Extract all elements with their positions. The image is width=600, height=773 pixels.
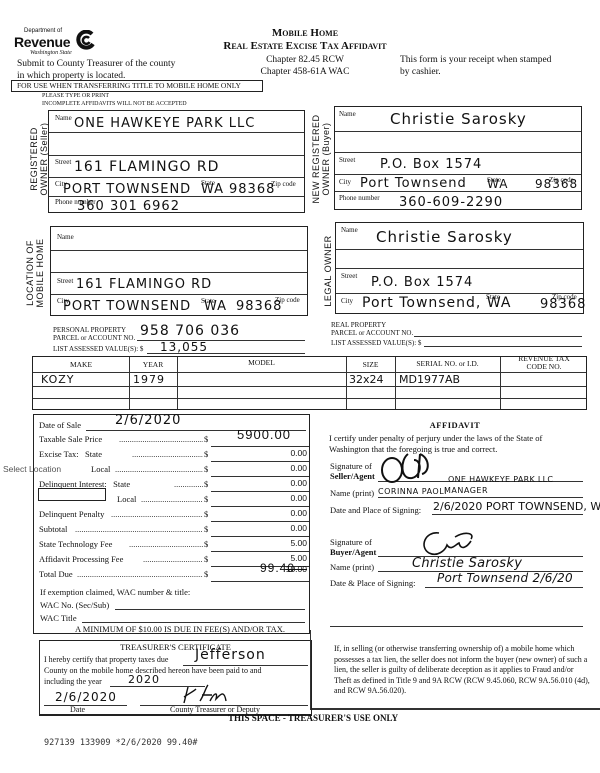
currency-symbol: $: [204, 494, 208, 504]
fee-label: Delinquent Penalty: [39, 509, 104, 519]
fee-label: Taxable Sale Price: [39, 434, 102, 444]
col-size: SIZE: [346, 360, 395, 369]
logo-sub-text: Washington State: [30, 50, 72, 56]
fee-label: Excise Tax: State: [39, 449, 102, 459]
currency-symbol: $: [204, 479, 208, 489]
seller-name-label: Name: [55, 114, 72, 122]
col-year: YEAR: [129, 360, 177, 369]
col-model: MODEL: [177, 358, 346, 367]
delinquent-interest-local-field[interactable]: 0.00: [290, 493, 307, 503]
wac-no-label: WAC No. (Sec/Sub): [40, 600, 109, 610]
seller-name-note-1: ONE HAWKEYE PARK LLC: [448, 475, 553, 484]
buyer-box: Name Christie Sarosky Street P.O. Box 15…: [334, 106, 582, 210]
vehicle-table: MAKE YEAR MODEL SIZE SERIAL NO. or I.D. …: [32, 356, 587, 410]
fee-label: Delinquent Interest: State: [39, 479, 130, 489]
treasurer-date-field[interactable]: 2/6/2020: [55, 690, 117, 704]
buyer-sig-label-2: Buyer/Agent: [330, 547, 376, 557]
seller-name-field[interactable]: ONE HAWKEYE PARK LLC: [74, 116, 255, 131]
treasurer-title: TREASURER'S CERTIFICATE: [40, 642, 311, 652]
make-cell[interactable]: KOZY: [41, 373, 75, 386]
delinquent-interest-state-field[interactable]: 0.00: [290, 478, 307, 488]
use-notice-text: FOR USE WHEN TRANSFERRING TITLE TO MOBIL…: [17, 81, 241, 90]
wac-title-field[interactable]: [82, 622, 305, 623]
seller-zip-field[interactable]: 98368: [229, 182, 275, 197]
legal-owner-label: LEGAL OWNER: [323, 231, 333, 311]
date-of-sale-label: Date of Sale: [39, 420, 81, 430]
real-parcel-label-2: PARCEL or ACCOUNT NO.: [331, 329, 413, 337]
location-section-label: LOCATION OF MOBILE HOME: [25, 233, 47, 313]
fee-row-delinquent-interest-state: Delinquent Interest: State .............…: [39, 477, 309, 492]
serial-cell[interactable]: MD1977AB: [399, 373, 460, 386]
total-due-field[interactable]: 99.40: [260, 561, 295, 575]
currency-symbol: $: [204, 449, 208, 459]
buyer-zip-field[interactable]: 98368: [535, 177, 578, 191]
fee-label: Subtotal: [39, 524, 67, 534]
tax-lien-warning: If, in selling (or otherwise transferrin…: [334, 644, 590, 697]
location-street-field[interactable]: 161 FLAMINGO RD: [76, 277, 212, 292]
seller-phone-field[interactable]: 360 301 6962: [77, 199, 180, 214]
buyer-date-field[interactable]: Port Townsend 2/6/20: [437, 571, 573, 585]
currency-symbol: $: [204, 464, 208, 474]
form-title-line-1: Mobile Home: [200, 27, 410, 39]
buyer-state-field[interactable]: WA: [487, 177, 508, 191]
treasurer-signature-field[interactable]: [180, 683, 235, 707]
seller-signature-field[interactable]: [378, 450, 438, 484]
buyer-date-label: Date & Place of Signing:: [330, 578, 415, 588]
location-zip-field[interactable]: 98368: [236, 299, 282, 314]
seller-name-note-2: MANAGER: [444, 486, 488, 495]
currency-symbol: $: [204, 524, 208, 534]
minimum-notice-visible: A MINIMUM OF $10.00 IS DUE IN FEE(S) AND…: [50, 624, 310, 634]
seller-sig-label-1: Signature of: [330, 461, 372, 471]
use-notice-box: FOR USE WHEN TRANSFERRING TITLE TO MOBIL…: [11, 80, 263, 92]
seller-label-line-1: REGISTERED: [29, 119, 39, 199]
receipt-stamp: 927139 133909 *2/6/2020 99.40#: [44, 738, 198, 748]
submit-line-1: Submit to County Treasurer of the county: [17, 59, 175, 69]
taxable-sale-price-field[interactable]: 5900.00: [237, 427, 291, 442]
legal-name-label: Name: [341, 226, 358, 234]
fee-label: Affidavit Processing Fee: [39, 554, 123, 564]
personal-parcel-field[interactable]: 958 706 036: [140, 323, 240, 339]
seller-name-print-field[interactable]: CORINNA PAOLI: [378, 487, 447, 496]
fee-row-state-technology-fee: State Technology Fee ...................…: [39, 537, 309, 552]
personal-parcel-label-1: PERSONAL PROPERTY: [53, 326, 126, 334]
personal-assessed-label: LIST ASSESSED VALUE(S): $: [53, 345, 143, 353]
treasurer-date-label: Date: [70, 705, 85, 714]
treasurer-certificate-box: TREASURER'S CERTIFICATE I hereby certify…: [39, 640, 312, 716]
location-city-field[interactable]: PORT TOWNSEND: [63, 299, 191, 314]
personal-assessed-field[interactable]: 13,055: [160, 340, 208, 354]
col-make: MAKE: [33, 360, 129, 369]
buyer-section-label: NEW REGISTERED OWNER (Buyer): [311, 114, 333, 204]
buyer-city-label: City: [339, 178, 351, 186]
chapter-rcw: Chapter 82.45 RCW: [200, 55, 410, 65]
buyer-sig-label-1: Signature of: [330, 537, 372, 547]
col-serial: SERIAL NO. or I.D.: [395, 359, 500, 368]
buyer-phone-field[interactable]: 360-609-2290: [399, 195, 503, 210]
treasurer-county-field[interactable]: Jefferson: [195, 647, 266, 663]
fee-label: State Technology Fee: [39, 539, 112, 549]
fee-row-subtotal: Subtotal ...............................…: [39, 522, 309, 537]
treasurer-year-field[interactable]: 2020: [128, 673, 160, 686]
type-notice: PLEASE TYPE OR PRINT: [42, 93, 109, 99]
buyer-label-line-2: OWNER (Buyer): [321, 114, 331, 204]
legal-state-label: State: [486, 293, 500, 301]
fee-row-delinquent-penalty: Delinquent Penalty .....................…: [39, 507, 309, 522]
receipt-note-1: This form is your receipt when stamped: [400, 55, 551, 65]
exemption-label: If exemption claimed, WAC number & title…: [40, 587, 190, 597]
dor-swirl-logo-icon: [76, 30, 96, 50]
dor-logo: Department of Revenue Washington State: [14, 28, 94, 58]
subtotal-field[interactable]: 0.00: [290, 523, 307, 533]
fee-label: Total Due: [39, 569, 73, 579]
location-state-field[interactable]: WA: [204, 299, 227, 314]
affidavit-title: AFFIDAVIT: [380, 420, 530, 430]
col-tax-code: REVENUE TAX CODE NO.: [500, 355, 588, 371]
location-name-field[interactable]: [91, 232, 291, 248]
excise-local-field[interactable]: 0.00: [290, 463, 307, 473]
treasurer-line-3: including the year: [44, 677, 102, 686]
buyer-name-label: Name: [339, 110, 356, 118]
logo-main-text: Revenue: [14, 34, 70, 50]
legal-street-label: Street: [341, 272, 357, 280]
real-assessed-label: LIST ASSESSED VALUE(S): $: [331, 339, 421, 347]
legal-street-field[interactable]: P.O. Box 1574: [371, 275, 473, 290]
form-title-line-2: Real Estate Excise Tax Affidavit: [190, 40, 420, 52]
location-label-line-2: MOBILE HOME: [35, 233, 45, 313]
currency-symbol: $: [204, 434, 208, 444]
size-cell[interactable]: 32x24: [349, 373, 384, 386]
seller-name-print-label: Name (print): [330, 488, 374, 498]
receipt-note-2: by cashier.: [400, 67, 441, 77]
fee-row-excise-local: Local ..................................…: [39, 462, 309, 477]
currency-symbol: $: [204, 554, 208, 564]
seller-sig-label-2: Seller/Agent: [330, 471, 375, 481]
buyer-phone-label: Phone number: [339, 194, 380, 202]
wac-title-label: WAC Title: [40, 613, 77, 623]
real-parcel-label-1: REAL PROPERTY: [331, 321, 386, 329]
affidavit-statement-1: I certify under penalty of perjury under…: [329, 433, 542, 443]
location-box: Name Street 161 FLAMINGO RD City PORT TO…: [50, 226, 308, 316]
legal-owner-box: Name Christie Sarosky Street P.O. Box 15…: [335, 222, 584, 314]
real-assessed-field[interactable]: [424, 346, 582, 347]
seller-state-field[interactable]: WA: [201, 182, 224, 197]
seller-street-field[interactable]: 161 FLAMINGO RD: [74, 159, 219, 175]
legal-city-label: City: [341, 297, 353, 305]
seller-street-label: Street: [55, 158, 71, 166]
fee-row-total-due: Total Due ..............................…: [39, 567, 309, 582]
col-tax-code-line-2: CODE NO.: [500, 363, 588, 371]
chapter-wac: Chapter 458-61A WAC: [200, 67, 410, 77]
seller-date-field[interactable]: 2/6/2020 PORT TOWNSEND, WA: [433, 500, 600, 513]
fee-label: Local: [117, 494, 136, 504]
incomplete-notice: INCOMPLETE AFFIDAVITS WILL NOT BE ACCEPT…: [42, 101, 187, 107]
buyer-street-label: Street: [339, 156, 355, 164]
buyer-label-line-1: NEW REGISTERED: [311, 114, 321, 204]
state-technology-fee-field[interactable]: 5.00: [290, 538, 307, 548]
excise-state-field[interactable]: 0.00: [290, 448, 307, 458]
currency-symbol: $: [204, 569, 208, 579]
legal-owner-section-label: LEGAL OWNER: [323, 231, 335, 311]
buyer-city-field[interactable]: Port Townsend: [360, 176, 467, 191]
delinquent-penalty-field[interactable]: 0.00: [290, 508, 307, 518]
location-name-label: Name: [57, 233, 74, 241]
location-label-line-1: LOCATION OF: [25, 233, 35, 313]
buyer-name-field[interactable]: Christie Sarosky: [390, 110, 527, 128]
real-parcel-field[interactable]: [414, 336, 582, 337]
seller-city-field[interactable]: PORT TOWNSEND: [63, 182, 191, 197]
year-cell[interactable]: 1979: [133, 373, 165, 386]
fee-row-delinquent-interest-local: Local ..................................…: [39, 492, 309, 507]
legal-name-field[interactable]: Christie Sarosky: [376, 228, 513, 246]
fee-label: Local: [91, 464, 110, 474]
location-street-label: Street: [57, 277, 73, 285]
fee-row-taxable-sale-price: Taxable Sale Price .....................…: [39, 432, 309, 447]
buyer-street-field[interactable]: P.O. Box 1574: [380, 157, 482, 172]
legal-zip-field[interactable]: 98368: [540, 297, 586, 312]
personal-parcel-label-2: PARCEL or ACCOUNT NO.: [53, 334, 135, 342]
buyer-name-print-label: Name (print): [330, 562, 374, 572]
seller-date-label: Date and Place of Signing:: [330, 505, 421, 515]
buyer-name-print-field[interactable]: Christie Sarosky: [412, 556, 522, 571]
treasurer-line-1: I hereby certify that property taxes due: [44, 655, 168, 664]
seller-box: Name ONE HAWKEYE PARK LLC Street 161 FLA…: [48, 110, 305, 213]
wac-no-field[interactable]: [115, 609, 305, 610]
fee-row-excise-state: Excise Tax: State ......................…: [39, 447, 309, 462]
treasurer-use-only: THIS SPACE - TREASURER'S USE ONLY: [228, 713, 398, 723]
date-of-sale-field[interactable]: 2/6/2020: [115, 413, 181, 428]
currency-symbol: $: [204, 509, 208, 519]
currency-symbol: $: [204, 539, 208, 549]
